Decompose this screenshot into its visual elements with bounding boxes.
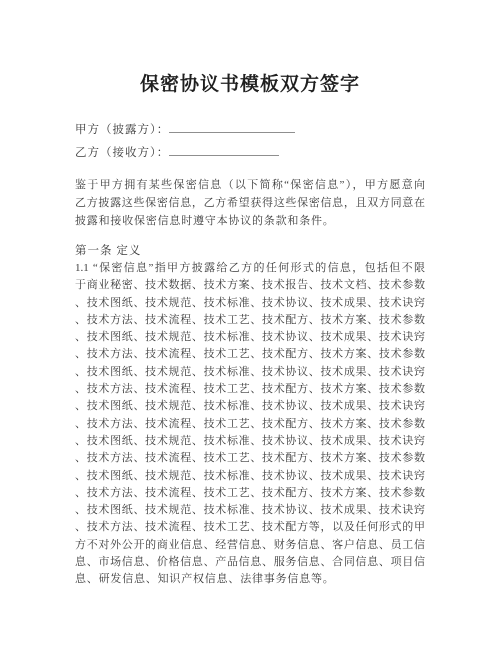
clause-line: 、技术图纸、技术规范、技术标准、技术协议、技术成果、技术诀窍 bbox=[75, 433, 425, 450]
clause-line: 、技术图纸、技术规范、技术标准、技术协议、技术成果、技术诀窍 bbox=[75, 295, 425, 312]
party-b-label: 乙方（接收方）： bbox=[75, 147, 169, 159]
clause-1-1: 1.1 “保密信息”指甲方披露给乙方的任何形式的信息，包括但不限 于商业秘密、技… bbox=[75, 260, 425, 589]
document-page: 保密协议书模板双方签字 甲方（披露方）： 乙方（接收方）： 鉴于甲方拥有某些保密… bbox=[0, 0, 500, 647]
clause-line: 、技术方法、技术流程、技术工艺、技术配方、技术方案、技术参数 bbox=[75, 450, 425, 467]
clause-line: 、技术方法、技术流程、技术工艺、技术配方、技术方案、技术参数 bbox=[75, 416, 425, 433]
preamble-line: 鉴于甲方拥有某些保密信息（以下简称“保密信息”），甲方愿意向 bbox=[75, 176, 425, 194]
clause-line: 、技术图纸、技术规范、技术标准、技术协议、技术成果、技术诀窍 bbox=[75, 364, 425, 381]
clause-line: 1.1 “保密信息”指甲方披露给乙方的任何形式的信息，包括但不限 bbox=[75, 260, 425, 277]
clause-line: 息、市场信息、价格信息、产品信息、服务信息、合同信息、项目信 bbox=[75, 554, 425, 571]
clause-line: 于商业秘密、技术数据、技术方案、技术报告、技术文档、技术参数 bbox=[75, 277, 425, 294]
preamble-line: 乙方披露这些保密信息，乙方希望获得这些保密信息，且双方同意在 bbox=[75, 194, 425, 212]
parties-block: 甲方（披露方）： 乙方（接收方）： bbox=[75, 119, 425, 165]
party-b-row: 乙方（接收方）： bbox=[75, 142, 425, 165]
clause-line: 、技术方法、技术流程、技术工艺、技术配方、技术方案、技术参数 bbox=[75, 381, 425, 398]
clause-line: 息、研发信息、知识产权信息、法律事务信息等。 bbox=[75, 571, 425, 588]
party-a-signature-line bbox=[169, 120, 295, 133]
party-b-signature-line bbox=[169, 143, 279, 156]
section-heading: 第一条 定义 bbox=[75, 243, 425, 260]
preamble-line: 披露和接收保密信息时遵守本协议的条款和条件。 bbox=[75, 212, 425, 230]
clause-line: 、技术方法、技术流程、技术工艺、技术配方、技术方案、技术参数 bbox=[75, 312, 425, 329]
page-title: 保密协议书模板双方签字 bbox=[75, 72, 425, 98]
clause-line: 、技术图纸、技术规范、技术标准、技术协议、技术成果、技术诀窍 bbox=[75, 398, 425, 415]
party-a-label: 甲方（披露方）： bbox=[75, 124, 169, 136]
clause-line: 、技术图纸、技术规范、技术标准、技术协议、技术成果、技术诀窍 bbox=[75, 468, 425, 485]
party-a-row: 甲方（披露方）： bbox=[75, 119, 425, 142]
clause-line: 、技术方法、技术流程、技术工艺、技术配方、技术方案、技术参数 bbox=[75, 485, 425, 502]
clause-line: 、技术方法、技术流程、技术工艺、技术配方等，以及任何形式的甲 bbox=[75, 519, 425, 536]
clause-line: 方不对外公开的商业信息、经营信息、财务信息、客户信息、员工信 bbox=[75, 537, 425, 554]
clause-line: 、技术方法、技术流程、技术工艺、技术配方、技术方案、技术参数 bbox=[75, 346, 425, 363]
preamble: 鉴于甲方拥有某些保密信息（以下简称“保密信息”），甲方愿意向 乙方披露这些保密信… bbox=[75, 176, 425, 230]
clause-line: 、技术图纸、技术规范、技术标准、技术协议、技术成果、技术诀窍 bbox=[75, 502, 425, 519]
clause-line: 、技术图纸、技术规范、技术标准、技术协议、技术成果、技术诀窍 bbox=[75, 329, 425, 346]
